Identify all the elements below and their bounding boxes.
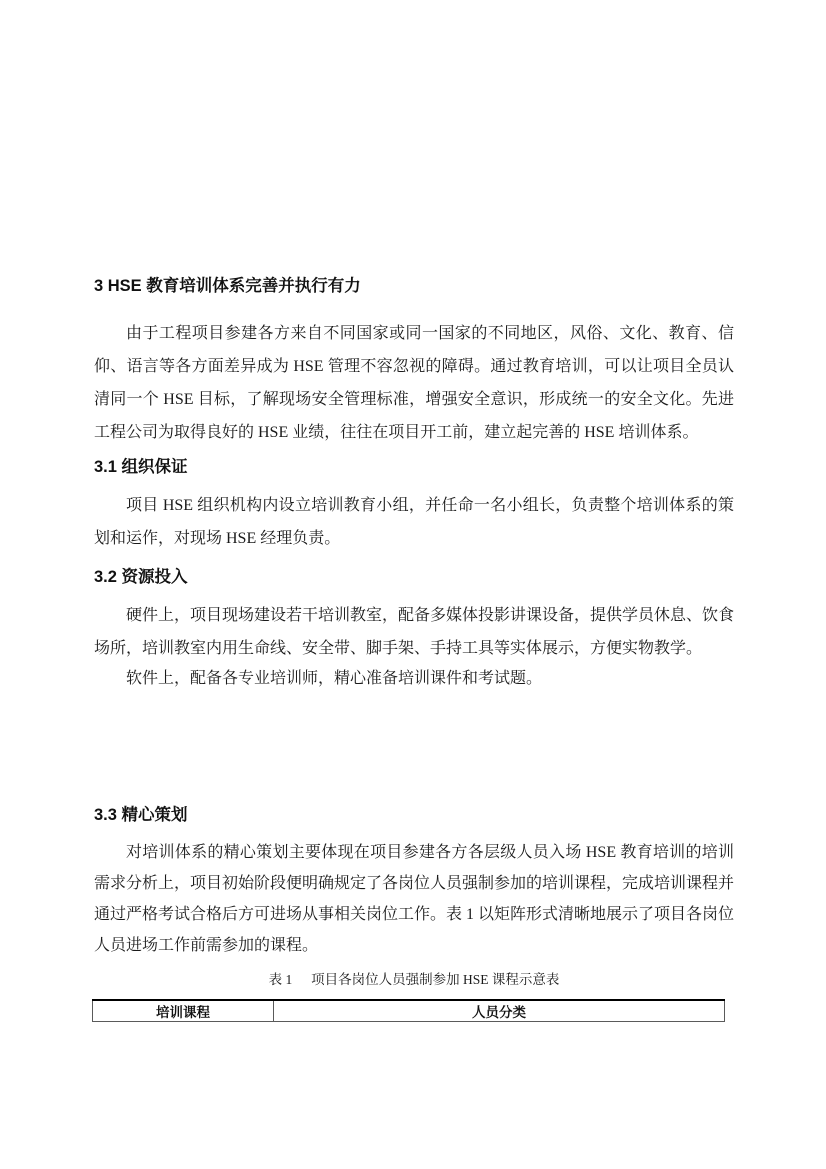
table-header-training-course: 培训课程 [93,1000,274,1022]
section-3-2-heading: 3.2 资源投入 [94,566,734,588]
section-3-1-paragraph: 项目 HSE 组织机构内设立培训教育小组，并任命一名小组长，负责整个培训体系的策… [94,489,734,555]
section-3-1-heading: 3.1 组织保证 [94,456,734,478]
hse-course-table: 培训课程 人员分类 [92,999,725,1022]
table-caption-label: 表 1 [269,972,293,987]
intro-paragraph: 由于工程项目参建各方来自不同国家或同一国家的不同地区，风俗、文化、教育、信仰、语… [94,317,734,449]
table-caption: 表 1项目各岗位人员强制参加 HSE 课程示意表 [94,968,734,988]
section-3-2-paragraph-hardware: 硬件上，项目现场建设若干培训教室，配备多媒体投影讲课设备，提供学员休息、饮食场所… [94,599,734,665]
chapter-heading: 3 HSE 教育培训体系完善并执行有力 [94,275,734,297]
document-page: 3 HSE 教育培训体系完善并执行有力 由于工程项目参建各方来自不同国家或同一国… [0,0,826,1169]
section-3-3-paragraph: 对培训体系的精心策划主要体现在项目参建各方各层级人员入场 HSE 教育培训的培训… [94,837,734,961]
section-3-3-heading: 3.3 精心策划 [94,804,734,826]
table-header-row: 培训课程 人员分类 [93,1000,725,1022]
table-caption-title: 项目各岗位人员强制参加 HSE 课程示意表 [311,972,559,987]
section-3-2-paragraph-software: 软件上，配备各专业培训师，精心准备培训课件和考试题。 [94,662,734,695]
table-header-personnel-category: 人员分类 [274,1000,725,1022]
